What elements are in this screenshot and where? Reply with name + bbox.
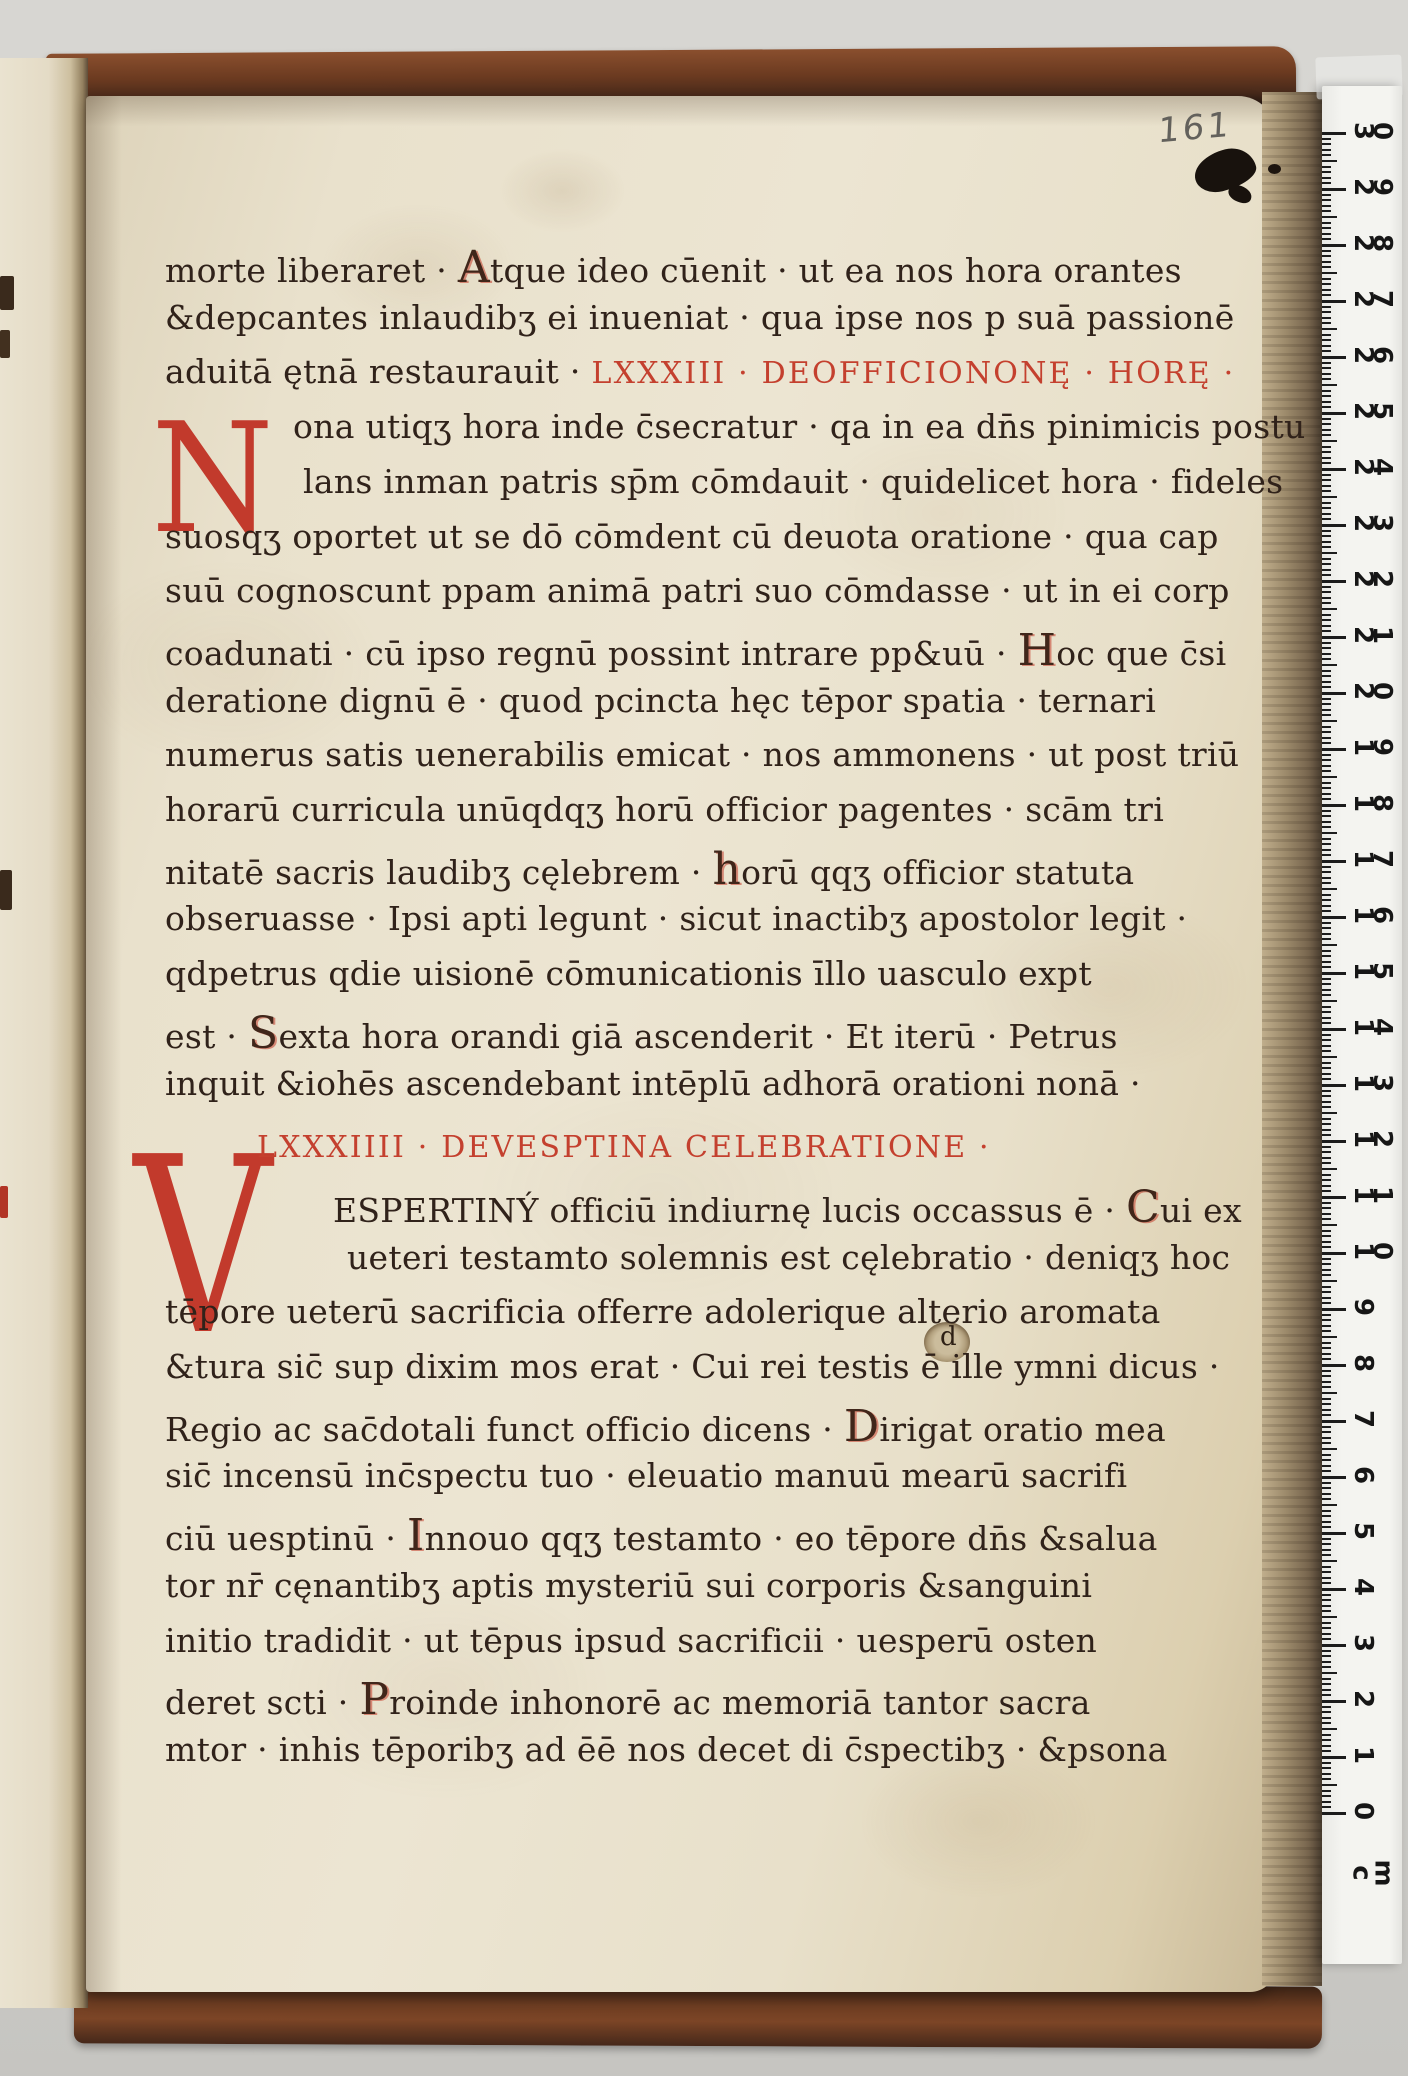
ruler-mm-tick — [1322, 1666, 1331, 1668]
ruler-mm-tick — [1322, 1168, 1337, 1170]
text-line: nitatē sacris laudibʒ cęlebrem · horū qq… — [165, 848, 1134, 892]
ruler-mm-tick — [1322, 339, 1331, 341]
ruler-mm-tick — [1322, 563, 1331, 565]
ruler-mm-tick — [1322, 574, 1331, 576]
ruler-mm-tick — [1322, 395, 1331, 397]
ruler-mm-tick — [1322, 1605, 1331, 1607]
text-line: &tura sic̄ sup dixim mos erat · Cui rei … — [165, 1350, 1220, 1383]
ruler-cm-tick — [1322, 1028, 1346, 1031]
ruler-mm-tick — [1322, 1431, 1331, 1433]
ruler-number: 25 — [1354, 396, 1391, 426]
text-segment-ink: initio tradidit · ut tēpus ipsud sacrifi… — [165, 1621, 1097, 1660]
ruler-mm-tick — [1322, 1314, 1331, 1316]
ruler-mm-tick — [1322, 1179, 1331, 1181]
ruler-number: 20 — [1354, 676, 1391, 706]
ruler-cm-tick — [1322, 468, 1346, 471]
ruler-mm-tick — [1322, 1073, 1331, 1075]
ruler-mm-tick — [1322, 1566, 1331, 1568]
ruler-mm-tick — [1322, 210, 1331, 212]
ruler-mm-tick — [1322, 1795, 1331, 1797]
ruler-number: 7 — [1354, 1404, 1372, 1434]
ruler-mm-tick — [1322, 143, 1331, 145]
text-line: coadunati · cū ipso regnū possint intrar… — [165, 629, 1226, 673]
ruler-mm-tick — [1322, 1594, 1331, 1596]
text-segment-versal: P — [359, 1674, 389, 1725]
ruler-mm-tick — [1322, 1151, 1331, 1153]
ruler-number: 9 — [1354, 1292, 1372, 1322]
ruler-mm-tick — [1322, 1342, 1331, 1344]
text-segment-ink: deret scti · — [165, 1683, 359, 1722]
ruler-mm-tick — [1322, 866, 1331, 868]
ruler-mm-tick — [1322, 238, 1331, 240]
ruler-mm-tick — [1322, 1510, 1331, 1512]
ruler-mm-tick — [1322, 843, 1331, 845]
ruler-mm-tick — [1322, 776, 1337, 778]
ruler-mm-tick — [1322, 479, 1331, 481]
text-line: ueteri testamto solemnis est cęlebratio … — [347, 1241, 1230, 1274]
ruler-mm-tick — [1322, 233, 1331, 235]
ruler-mm-tick — [1322, 1493, 1331, 1495]
ruler-mm-tick — [1322, 306, 1331, 308]
ruler-mm-tick — [1322, 955, 1331, 957]
text-line: tor nr̄ cęnantibʒ aptis mysteriū sui cor… — [165, 1569, 1092, 1602]
ruler-mm-tick — [1322, 1056, 1337, 1058]
ruler-mm-tick — [1322, 1504, 1337, 1506]
ruler-mm-tick — [1322, 1549, 1331, 1551]
ruler-mm-tick — [1322, 373, 1331, 375]
ruler-mm-tick — [1322, 541, 1331, 543]
ruler-mm-tick — [1322, 446, 1331, 448]
ruler-mm-tick — [1322, 518, 1331, 520]
ruler-mm-tick — [1322, 1118, 1331, 1120]
text-line: suū cognoscunt ppam animā patri suo cōmd… — [165, 574, 1230, 607]
ruler-mm-tick — [1322, 782, 1331, 784]
ruler-mm-tick — [1322, 222, 1331, 224]
text-line: initio tradidit · ut tēpus ipsud sacrifi… — [165, 1624, 1097, 1657]
ruler-number: 23 — [1354, 508, 1391, 538]
page-block-fore-edge — [1262, 92, 1322, 1986]
ruler-mm-tick — [1322, 160, 1337, 162]
ruler-mm-tick — [1322, 552, 1337, 554]
ruler-cm-tick — [1322, 1700, 1346, 1703]
ruler-cm-tick — [1322, 412, 1346, 415]
ruler-mm-tick — [1322, 289, 1331, 291]
ruler-mm-tick — [1322, 384, 1337, 386]
ruler-mm-tick — [1322, 507, 1331, 509]
ruler-mm-tick — [1322, 810, 1331, 812]
facing-page-text-fragment — [0, 330, 10, 358]
ruler-mm-tick — [1322, 1790, 1331, 1792]
ruler-mm-tick — [1322, 1465, 1331, 1467]
ruler-mm-tick — [1322, 905, 1331, 907]
ruler-mm-tick — [1322, 1734, 1331, 1736]
ruler-mm-tick — [1322, 1773, 1331, 1775]
ruler-mm-tick — [1322, 328, 1337, 330]
ruler-mm-tick — [1322, 1330, 1331, 1332]
ruler-mm-tick — [1322, 1358, 1331, 1360]
ruler-mm-tick — [1322, 894, 1331, 896]
text-line: LXXXIIII · DEVESPTINA CELEBRATIONE · — [257, 1129, 991, 1163]
ruler-number: 14 — [1354, 1012, 1391, 1042]
ruler-mm-tick — [1322, 910, 1331, 912]
text-segment-ink: &tura sic̄ sup dixim mos erat · Cui rei … — [165, 1347, 1220, 1386]
text-segment-ink: est · — [165, 1017, 248, 1056]
ruler-mm-tick — [1322, 1437, 1331, 1439]
ruler-mm-tick — [1322, 227, 1331, 229]
ruler-mm-tick — [1322, 530, 1331, 532]
ruler-mm-tick — [1322, 938, 1331, 940]
ruler-mm-tick — [1322, 759, 1331, 761]
text-segment-ink: exta hora orandi giā ascenderit · Et ite… — [278, 1017, 1117, 1056]
ink-spot — [1268, 164, 1281, 174]
ruler-mm-tick — [1322, 899, 1331, 901]
ruler-mm-tick — [1322, 1650, 1331, 1652]
ruler-mm-tick — [1322, 199, 1331, 201]
ruler-number: 6 — [1354, 1460, 1372, 1490]
ruler-mm-tick — [1322, 440, 1337, 442]
ruler-mm-tick — [1322, 457, 1331, 459]
ruler-mm-tick — [1322, 653, 1331, 655]
ruler-number: 27 — [1354, 284, 1391, 314]
ruler-mm-tick — [1322, 182, 1331, 184]
ruler-mm-tick — [1322, 255, 1331, 257]
text-line: deratione dignū ē · quod pcincta hęc tēp… — [165, 684, 1156, 717]
text-line: lans inman patris sp̄m cōmdauit · quidel… — [303, 465, 1283, 498]
ruler-mm-tick — [1322, 1101, 1331, 1103]
ruler-mm-tick — [1322, 630, 1331, 632]
ruler-mm-tick — [1322, 1325, 1331, 1327]
ruler-mm-tick — [1322, 418, 1331, 420]
ruler-cm-tick — [1322, 636, 1346, 639]
ruler-mm-tick — [1322, 871, 1331, 873]
text-line: ESPERTINÝ officiū indiurnę lucis occassu… — [333, 1186, 1242, 1230]
ruler-number: 21 — [1354, 620, 1391, 650]
ruler-mm-tick — [1322, 1157, 1331, 1159]
ruler-mm-tick — [1322, 502, 1331, 504]
text-segment-ink: ona utiqʒ hora inde c̄secratur · qa in e… — [293, 407, 1306, 446]
ruler-cm-tick — [1322, 1084, 1346, 1087]
text-segment-ink: mtor · inhis tēporibʒ ad ēē nos decet di… — [165, 1730, 1168, 1769]
ruler-mm-tick — [1322, 1577, 1331, 1579]
manuscript-photo: 161 d N V morte liberaret · Atque ideo c… — [0, 0, 1408, 2076]
text-segment-ink: qdpetrus qdie uisionē cōmunicationis īll… — [165, 954, 1092, 993]
ruler-cm-tick — [1322, 580, 1346, 583]
ruler-mm-tick — [1322, 821, 1331, 823]
ruler-mm-tick — [1322, 944, 1337, 946]
ruler-mm-tick — [1322, 434, 1331, 436]
ruler-mm-tick — [1322, 171, 1331, 173]
ruler-mm-tick — [1322, 720, 1337, 722]
ruler-mm-tick — [1322, 1353, 1331, 1355]
ruler-mm-tick — [1322, 345, 1331, 347]
ruler-mm-tick — [1322, 1297, 1331, 1299]
ruler-mm-tick — [1322, 1482, 1331, 1484]
text-segment-ink: Regio ac sac̄dotali funct officio dicens… — [165, 1410, 844, 1449]
ruler-mm-tick — [1322, 966, 1331, 968]
text-segment-versal: S — [248, 1008, 278, 1059]
ruler-number: 13 — [1354, 1068, 1391, 1098]
ruler-mm-tick — [1322, 1638, 1331, 1640]
text-segment-ink: inquit &iohēs ascendebant intēplū adhorā… — [165, 1064, 1141, 1103]
ruler-cm-tick — [1322, 1476, 1346, 1479]
ruler-mm-tick — [1322, 194, 1331, 196]
text-line: obseruasse · Ipsi apti legunt · sicut in… — [165, 902, 1187, 935]
ruler-mm-tick — [1322, 922, 1331, 924]
text-line: ciū uesptinū · Innouo qqʒ testamto · eo … — [165, 1514, 1158, 1558]
ruler-mm-tick — [1322, 513, 1331, 515]
ruler-mm-tick — [1322, 1622, 1331, 1624]
ruler-mm-tick — [1322, 625, 1331, 627]
ruler-mm-tick — [1322, 798, 1331, 800]
ruler-mm-tick — [1322, 390, 1331, 392]
ruler-mm-tick — [1322, 451, 1331, 453]
ruler-mm-tick — [1322, 1610, 1331, 1612]
ruler-number: 0 — [1354, 1796, 1372, 1826]
ruler-mm-tick — [1322, 1442, 1331, 1444]
ruler-mm-tick — [1322, 496, 1337, 498]
ruler-mm-tick — [1322, 1190, 1331, 1192]
ruler-number: 18 — [1354, 788, 1391, 818]
ruler-mm-tick — [1322, 686, 1331, 688]
ruler-mm-tick — [1322, 1554, 1331, 1556]
ruler-cm-tick — [1322, 1364, 1346, 1367]
text-segment-ink: nnouo qqʒ testamto · eo tēpore dn̄s &sal… — [425, 1519, 1158, 1558]
ruler-mm-tick — [1322, 261, 1331, 263]
ruler-number: 24 — [1354, 452, 1391, 482]
text-segment-ink: sic̄ incensū inc̄spectu tuo · eleuatio m… — [165, 1456, 1127, 1495]
ruler-mm-tick — [1322, 378, 1331, 380]
measuring-ruler: 3029282726252423222120191817161514131211… — [1322, 86, 1402, 1964]
ruler-mm-tick — [1322, 474, 1331, 476]
ruler-mm-tick — [1322, 1711, 1331, 1713]
ruler-mm-tick — [1322, 726, 1331, 728]
text-segment-rubric: LXXXIIII · DEVESPTINA CELEBRATIONE · — [257, 1130, 991, 1165]
ruler-mm-tick — [1322, 1375, 1331, 1377]
facing-page-sliver — [0, 58, 88, 2008]
ruler-cm-tick — [1322, 1140, 1346, 1143]
ruler-mm-tick — [1322, 1616, 1337, 1618]
ruler-mm-tick — [1322, 602, 1331, 604]
text-segment-ink: aduitā ętnā restaurauit · — [165, 352, 591, 391]
ruler-mm-tick — [1322, 1224, 1337, 1226]
text-segment-ink: tēpore ueterū sacrificia offerre adoleri… — [165, 1292, 1161, 1331]
ruler-mm-tick — [1322, 1717, 1331, 1719]
ruler-mm-tick — [1322, 703, 1331, 705]
ruler-mm-tick — [1322, 1599, 1331, 1601]
ruler-mm-tick — [1322, 1134, 1331, 1136]
ruler-mm-tick — [1322, 619, 1331, 621]
text-segment-ink: horarū curricula unūqdqʒ horū officior p… — [165, 790, 1164, 829]
text-segment-ink: morte liberaret · — [165, 251, 458, 290]
ruler-mm-tick — [1322, 978, 1331, 980]
ruler-mm-tick — [1322, 1745, 1331, 1747]
ruler-mm-tick — [1322, 1095, 1331, 1097]
ruler-mm-tick — [1322, 1302, 1331, 1304]
ruler-mm-tick — [1322, 591, 1331, 593]
ruler-mm-tick — [1322, 1739, 1331, 1741]
ruler-mm-tick — [1322, 1498, 1331, 1500]
ruler-mm-tick — [1322, 1678, 1331, 1680]
ruler-cm-tick — [1322, 524, 1346, 527]
ruler-cm-tick — [1322, 916, 1346, 919]
ruler-mm-tick — [1322, 1526, 1331, 1528]
ruler-mm-tick — [1322, 266, 1331, 268]
ruler-mm-tick — [1322, 1801, 1331, 1803]
ruler-mm-tick — [1322, 681, 1331, 683]
ruler-mm-tick — [1322, 1162, 1331, 1164]
ruler-mm-tick — [1322, 166, 1331, 168]
ruler-mm-tick — [1322, 675, 1331, 677]
ruler-cm-tick — [1322, 972, 1346, 975]
ruler-mm-tick — [1322, 1487, 1331, 1489]
ruler-cm-tick — [1322, 1644, 1346, 1647]
ruler-mm-tick — [1322, 709, 1331, 711]
ruler-mm-tick — [1322, 1722, 1331, 1724]
ruler-mm-tick — [1322, 1571, 1331, 1573]
ruler-number: 11 — [1354, 1180, 1391, 1210]
ruler-mm-tick — [1322, 1269, 1331, 1271]
ruler-mm-tick — [1322, 1207, 1331, 1209]
ruler-mm-tick — [1322, 1426, 1331, 1428]
ruler-mm-tick — [1322, 1062, 1331, 1064]
ruler-cm-tick — [1322, 804, 1346, 807]
text-segment-ink: suosqʒ oportet ut se dō cōmdent cū deuot… — [165, 517, 1219, 556]
ruler-number: 28 — [1354, 228, 1391, 258]
ruler-mm-tick — [1322, 401, 1331, 403]
ruler-mm-tick — [1322, 406, 1331, 408]
ruler-cm-tick — [1322, 1532, 1346, 1535]
ruler-mm-tick — [1322, 334, 1331, 336]
ruler-mm-tick — [1322, 1129, 1331, 1131]
text-line: horarū curricula unūqdqʒ horū officior p… — [165, 793, 1164, 826]
ruler-mm-tick — [1322, 216, 1337, 218]
ruler-mm-tick — [1322, 1750, 1331, 1752]
ruler-cm-tick — [1322, 860, 1346, 863]
ruler-mm-tick — [1322, 670, 1331, 672]
text-segment-versal: D — [844, 1401, 880, 1452]
text-line: aduitā ętnā restaurauit · LXXXIII · DEOF… — [165, 355, 1235, 389]
ruler-mm-tick — [1322, 1728, 1337, 1730]
ruler-number: 12 — [1354, 1124, 1391, 1154]
text-segment-ink: numerus satis uenerabilis emicat · nos a… — [165, 735, 1239, 774]
ruler-cm-tick — [1322, 188, 1346, 191]
ruler-mm-tick — [1322, 1706, 1331, 1708]
text-segment-ink: orū qqʒ officior statuta — [741, 853, 1134, 892]
ruler-mm-tick — [1322, 322, 1331, 324]
text-segment-versal: H — [1018, 625, 1057, 676]
ruler-mm-tick — [1322, 149, 1331, 151]
ruler-mm-tick — [1322, 362, 1331, 364]
ruler-number: 15 — [1354, 956, 1391, 986]
ruler-mm-tick — [1322, 608, 1337, 610]
ruler-mm-tick — [1322, 714, 1331, 716]
ruler-mm-tick — [1322, 1543, 1331, 1545]
ruler-mm-tick — [1322, 311, 1331, 313]
ruler-mm-tick — [1322, 1146, 1331, 1148]
ruler-mm-tick — [1322, 849, 1331, 851]
ruler-number: 29 — [1354, 172, 1391, 202]
ruler-mm-tick — [1322, 642, 1331, 644]
ruler-mm-tick — [1322, 317, 1331, 319]
ruler-mm-tick — [1322, 367, 1331, 369]
text-line: sic̄ incensū inc̄spectu tuo · eleuatio m… — [165, 1459, 1127, 1492]
ruler-number: 16 — [1354, 900, 1391, 930]
ruler-mm-tick — [1322, 1185, 1331, 1187]
text-segment-ink: oc que c̄si — [1056, 634, 1226, 673]
ruler-mm-tick — [1322, 1470, 1331, 1472]
ruler-mm-tick — [1322, 586, 1331, 588]
ruler-number: 2 — [1354, 1684, 1372, 1714]
ruler-mm-tick — [1322, 558, 1331, 560]
ruler-mm-tick — [1322, 989, 1331, 991]
ruler-mm-tick — [1322, 1022, 1331, 1024]
ruler-mm-tick — [1322, 1090, 1331, 1092]
ruler-mm-tick — [1322, 283, 1331, 285]
ruler-mm-tick — [1322, 138, 1331, 140]
ruler-mm-tick — [1322, 647, 1331, 649]
ruler-mm-tick — [1322, 1274, 1331, 1276]
ruler-mm-tick — [1322, 754, 1331, 756]
ruler-mm-tick — [1322, 770, 1331, 772]
ruler-mm-tick — [1322, 1039, 1331, 1041]
ruler-mm-tick — [1322, 793, 1331, 795]
ruler-mm-tick — [1322, 1263, 1331, 1265]
ruler-number: cm — [1354, 1858, 1398, 1888]
ruler-mm-tick — [1322, 983, 1331, 985]
text-line: morte liberaret · Atque ideo cūenit · ut… — [165, 246, 1182, 290]
ruler-cm-tick — [1322, 1420, 1346, 1423]
folio-number: 161 — [1157, 105, 1233, 152]
ruler-mm-tick — [1322, 1560, 1337, 1562]
text-line: qdpetrus qdie uisionē cōmunicationis īll… — [165, 957, 1092, 990]
text-line: mtor · inhis tēporibʒ ad ēē nos decet di… — [165, 1733, 1168, 1766]
text-segment-ink: deratione dignū ē · quod pcincta hęc tēp… — [165, 681, 1156, 720]
ruler-cm-tick — [1322, 356, 1346, 359]
ruler-mm-tick — [1322, 1258, 1331, 1260]
ruler-mm-tick — [1322, 1246, 1331, 1248]
text-segment-ink: &depcantes inlaudibʒ ei inueniat · qua i… — [165, 298, 1235, 337]
ruler-mm-tick — [1322, 1078, 1331, 1080]
ruler-cm-tick — [1322, 1756, 1346, 1759]
ruler-mm-tick — [1322, 927, 1331, 929]
ruler-mm-tick — [1322, 1778, 1331, 1780]
text-segment-ink: obseruasse · Ipsi apti legunt · sicut in… — [165, 899, 1187, 938]
ruler-mm-tick — [1322, 787, 1331, 789]
ruler-cm-tick — [1322, 1252, 1346, 1255]
text-line: &depcantes inlaudibʒ ei inueniat · qua i… — [165, 301, 1235, 334]
ruler-mm-tick — [1322, 742, 1331, 744]
ruler-mm-tick — [1322, 854, 1331, 856]
ruler-mm-tick — [1322, 1386, 1331, 1388]
ruler-mm-tick — [1322, 1006, 1331, 1008]
ruler-mm-tick — [1322, 1017, 1331, 1019]
ruler-mm-tick — [1322, 1347, 1331, 1349]
ruler-number: 17 — [1354, 844, 1391, 874]
ruler-mm-tick — [1322, 737, 1331, 739]
ruler-mm-tick — [1322, 933, 1331, 935]
facing-page-text-fragment — [0, 276, 14, 310]
ruler-mm-tick — [1322, 614, 1331, 616]
ruler-mm-tick — [1322, 1050, 1331, 1052]
ruler-cm-tick — [1322, 692, 1346, 695]
text-line: ona utiqʒ hora inde c̄secratur · qa in e… — [293, 410, 1306, 443]
ruler-number: 22 — [1354, 564, 1391, 594]
ruler-mm-tick — [1322, 1213, 1331, 1215]
ruler-mm-tick — [1322, 765, 1331, 767]
ruler-mm-tick — [1322, 546, 1331, 548]
ruler-mm-tick — [1322, 462, 1331, 464]
ruler-number: 10 — [1354, 1236, 1391, 1266]
